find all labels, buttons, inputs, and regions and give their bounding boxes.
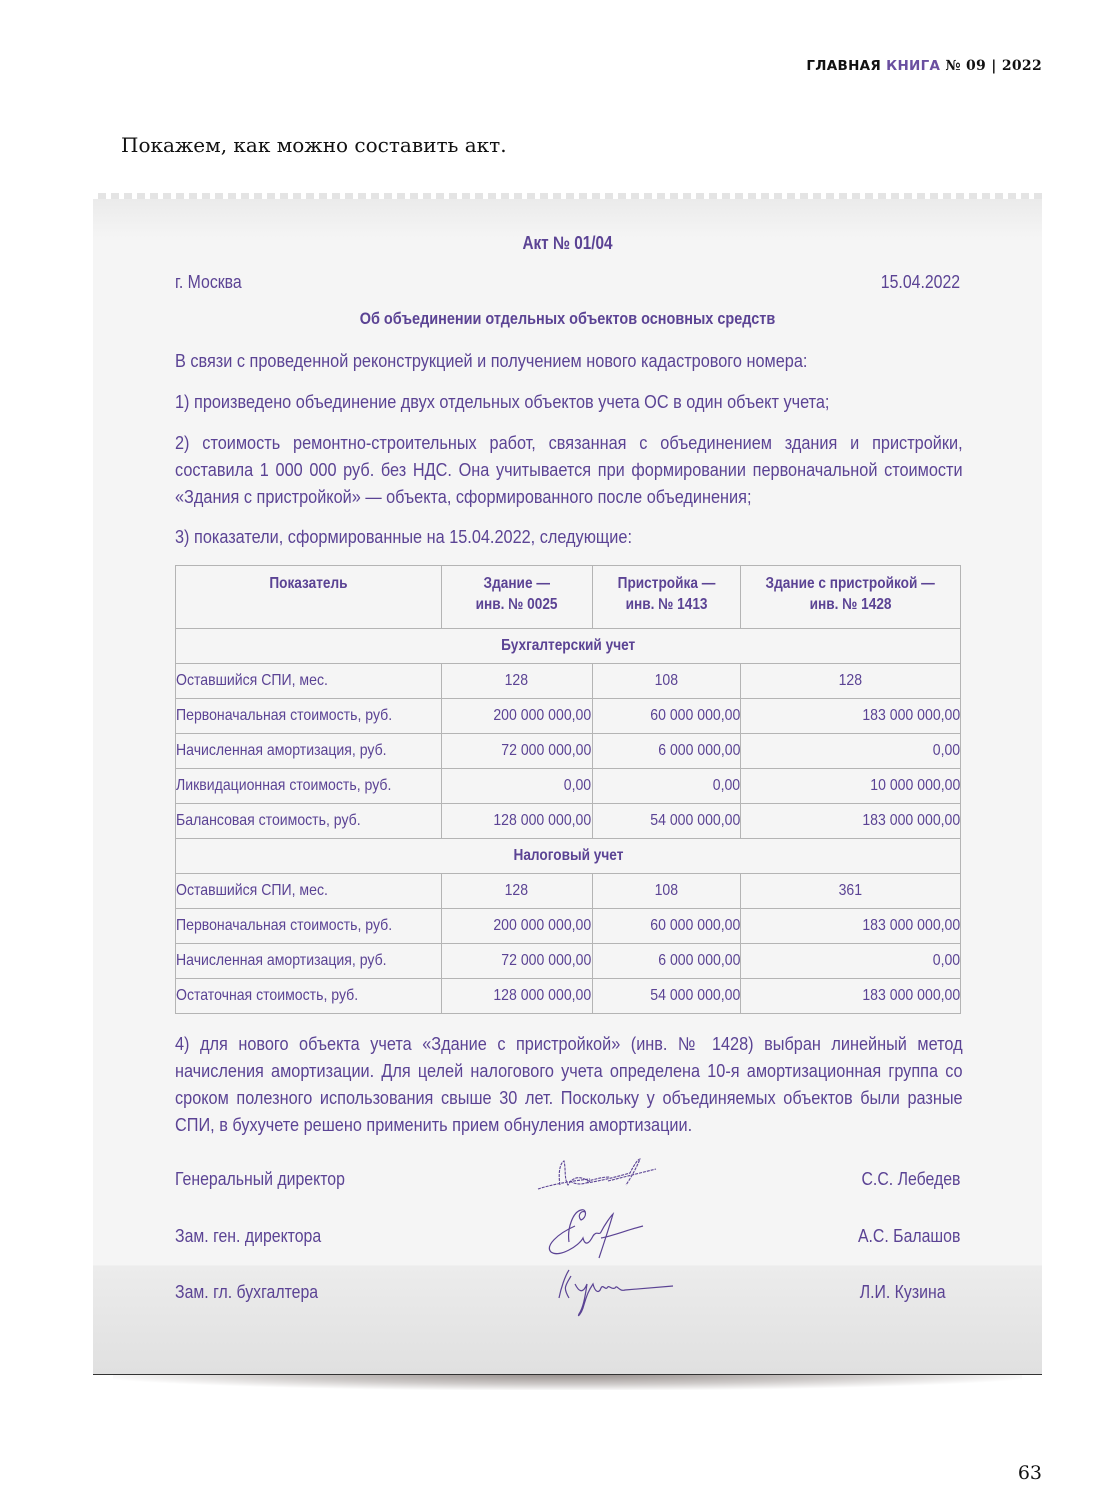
section-title-text: Бухгалтерский учет	[501, 637, 635, 655]
value-text: 0,00	[713, 777, 740, 795]
table-row: Балансовая стоимость, руб.128 000 000,00…	[176, 804, 961, 839]
signature-row: Генеральный директор С.С. Лебедев	[175, 1169, 960, 1199]
signature-role: Генеральный директор	[175, 1169, 345, 1190]
column-header: Здание с пристройкой —инв. № 1428	[741, 566, 961, 629]
value-text: 128 000 000,00	[494, 987, 592, 1005]
signature-lebedev-icon	[530, 1155, 660, 1195]
table-row: Оставшийся СПИ, мес.128108128	[176, 664, 961, 699]
value-text: 0,00	[933, 742, 960, 760]
column-header: Показатель	[176, 566, 442, 629]
row-label-text: Первоначальная стоимость, руб.	[176, 707, 392, 725]
column-header: Здание —инв. № 0025	[441, 566, 592, 629]
signatory-name: Л.И. Кузина	[859, 1282, 945, 1303]
intro-text: Покажем, как можно составить акт.	[121, 133, 507, 157]
value-cell: 6 000 000,00	[592, 734, 741, 769]
value-cell: 128 000 000,00	[441, 979, 592, 1014]
perforated-edge	[93, 193, 1042, 199]
signature-kuzina-icon	[549, 1264, 679, 1320]
value-cell: 108	[592, 874, 741, 909]
value-text: 6 000 000,00	[658, 952, 740, 970]
value-cell: 60 000 000,00	[592, 699, 741, 734]
value-cell: 361	[741, 874, 961, 909]
indicators-table: ПоказательЗдание —инв. № 0025Пристройка …	[175, 565, 961, 1014]
value-cell: 128 000 000,00	[441, 804, 592, 839]
row-label-text: Оставшийся СПИ, мес.	[176, 882, 328, 900]
value-text: 200 000 000,00	[494, 707, 592, 725]
value-text: 128	[839, 672, 862, 690]
table-row: Первоначальная стоимость, руб.200 000 00…	[176, 699, 961, 734]
row-label-text: Первоначальная стоимость, руб.	[176, 917, 392, 935]
value-text: 183 000 000,00	[862, 987, 960, 1005]
signatory-name: А.С. Балашов	[858, 1226, 960, 1247]
act-document: Акт № 01/04 г. Москва 15.04.2022 Об объе…	[93, 193, 1042, 1374]
document-bottom-edge	[93, 1374, 1042, 1375]
act-subject: Об объединении отдельных объектов основн…	[164, 309, 971, 329]
value-cell: 128	[741, 664, 961, 699]
value-text: 108	[655, 882, 678, 900]
value-cell: 60 000 000,00	[592, 909, 741, 944]
value-text: 0,00	[933, 952, 960, 970]
value-cell: 72 000 000,00	[441, 944, 592, 979]
value-cell: 10 000 000,00	[741, 769, 961, 804]
table-row: Начисленная амортизация, руб.72 000 000,…	[176, 944, 961, 979]
magazine-header: ГЛАВНАЯ КНИГА № 09 | 2022	[806, 58, 1042, 74]
value-text: 183 000 000,00	[862, 917, 960, 935]
column-header-text: Здание с пристройкой —	[766, 573, 935, 594]
paragraph-intro: В связи с проведенной реконструкцией и п…	[175, 347, 963, 374]
signature-role: Зам. гл. бухгалтера	[175, 1282, 318, 1303]
row-label: Первоначальная стоимость, руб.	[176, 909, 442, 944]
signatory-name: С.С. Лебедев	[861, 1169, 960, 1190]
table-row: Начисленная амортизация, руб.72 000 000,…	[176, 734, 961, 769]
section-title-text: Налоговый учет	[513, 847, 623, 865]
section-row: Бухгалтерский учет	[176, 629, 961, 664]
value-cell: 183 000 000,00	[741, 909, 961, 944]
value-text: 60 000 000,00	[650, 917, 740, 935]
row-label-text: Начисленная амортизация, руб.	[176, 742, 387, 760]
row-label-text: Остаточная стоимость, руб.	[176, 987, 358, 1005]
row-label: Оставшийся СПИ, мес.	[176, 664, 442, 699]
act-title: Акт № 01/04	[164, 233, 971, 254]
signature-role: Зам. ген. директора	[175, 1226, 321, 1247]
brand-main: ГЛАВНАЯ	[806, 58, 881, 74]
table-row: Оставшийся СПИ, мес.128108361	[176, 874, 961, 909]
paragraph-3: 3) показатели, сформированные на 15.04.2…	[175, 523, 963, 550]
section-title: Налоговый учет	[176, 839, 961, 874]
value-text: 128	[505, 672, 528, 690]
issue-number: № 09 | 2022	[945, 58, 1042, 74]
value-cell: 0,00	[741, 734, 961, 769]
row-label: Первоначальная стоимость, руб.	[176, 699, 442, 734]
value-text: 54 000 000,00	[650, 987, 740, 1005]
row-label: Начисленная амортизация, руб.	[176, 944, 442, 979]
act-city: г. Москва	[175, 272, 242, 293]
value-cell: 54 000 000,00	[592, 804, 741, 839]
column-header-text: инв. № 1413	[625, 594, 707, 615]
value-cell: 183 000 000,00	[741, 804, 961, 839]
signature-row: Зам. гл. бухгалтера Л.И. Кузина	[175, 1282, 960, 1312]
paragraph-2: 2) стоимость ремонтно-строительных работ…	[175, 429, 963, 510]
value-text: 54 000 000,00	[650, 812, 740, 830]
column-header-text: инв. № 0025	[476, 594, 558, 615]
table-row: Первоначальная стоимость, руб.200 000 00…	[176, 909, 961, 944]
value-text: 108	[655, 672, 678, 690]
value-cell: 128	[441, 664, 592, 699]
brand-accent: КНИГА	[886, 58, 940, 74]
page-number: 63	[1018, 1462, 1042, 1484]
value-text: 60 000 000,00	[650, 707, 740, 725]
column-header-text: Здание —	[483, 573, 549, 594]
value-cell: 0,00	[741, 944, 961, 979]
paragraph-4: 4) для нового объекта учета «Здание с пр…	[175, 1030, 963, 1138]
value-text: 128 000 000,00	[494, 812, 592, 830]
value-cell: 128	[441, 874, 592, 909]
document-shadow	[113, 1374, 1022, 1390]
value-text: 72 000 000,00	[501, 952, 591, 970]
value-cell: 0,00	[441, 769, 592, 804]
signature-row: Зам. ген. директора А.С. Балашов	[175, 1226, 960, 1256]
value-text: 128	[505, 882, 528, 900]
row-label: Ликвидационная стоимость, руб.	[176, 769, 442, 804]
signature-balashov-icon	[543, 1206, 653, 1262]
value-cell: 72 000 000,00	[441, 734, 592, 769]
row-label: Оставшийся СПИ, мес.	[176, 874, 442, 909]
paragraph-1: 1) произведено объединение двух отдельны…	[175, 388, 963, 415]
value-text: 72 000 000,00	[501, 742, 591, 760]
row-label: Остаточная стоимость, руб.	[176, 979, 442, 1014]
value-cell: 6 000 000,00	[592, 944, 741, 979]
column-header-text: Пристройка —	[618, 573, 716, 594]
value-cell: 183 000 000,00	[741, 699, 961, 734]
value-cell: 200 000 000,00	[441, 909, 592, 944]
value-text: 6 000 000,00	[658, 742, 740, 760]
value-text: 183 000 000,00	[862, 707, 960, 725]
row-label-text: Начисленная амортизация, руб.	[176, 952, 387, 970]
table-header-row: ПоказательЗдание —инв. № 0025Пристройка …	[176, 566, 961, 629]
column-header: Пристройка —инв. № 1413	[592, 566, 741, 629]
value-cell: 0,00	[592, 769, 741, 804]
row-label-text: Оставшийся СПИ, мес.	[176, 672, 328, 690]
row-label-text: Балансовая стоимость, руб.	[176, 812, 361, 830]
table-row: Остаточная стоимость, руб.128 000 000,00…	[176, 979, 961, 1014]
section-title: Бухгалтерский учет	[176, 629, 961, 664]
value-cell: 200 000 000,00	[441, 699, 592, 734]
table-row: Ликвидационная стоимость, руб.0,000,0010…	[176, 769, 961, 804]
act-date: 15.04.2022	[881, 272, 960, 293]
row-label: Балансовая стоимость, руб.	[176, 804, 442, 839]
value-text: 183 000 000,00	[862, 812, 960, 830]
value-cell: 183 000 000,00	[741, 979, 961, 1014]
column-header-text: инв. № 1428	[810, 594, 892, 615]
value-cell: 108	[592, 664, 741, 699]
value-text: 0,00	[564, 777, 591, 795]
column-header-text: Показатель	[269, 573, 347, 594]
row-label-text: Ликвидационная стоимость, руб.	[176, 777, 391, 795]
row-label: Начисленная амортизация, руб.	[176, 734, 442, 769]
value-text: 361	[839, 882, 862, 900]
section-row: Налоговый учет	[176, 839, 961, 874]
value-text: 200 000 000,00	[494, 917, 592, 935]
value-cell: 54 000 000,00	[592, 979, 741, 1014]
value-text: 10 000 000,00	[870, 777, 960, 795]
